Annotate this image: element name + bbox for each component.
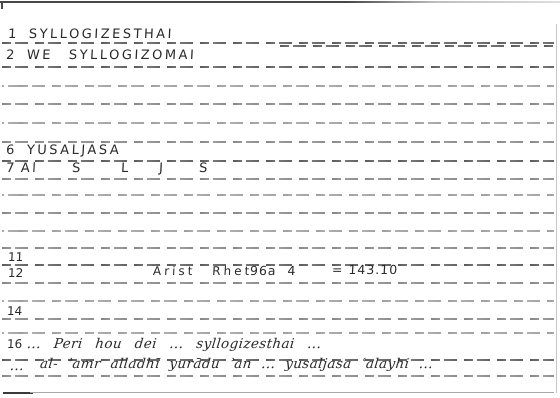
- entry-word: WE: [26, 48, 53, 63]
- ruled-line: [2, 194, 554, 196]
- root-letter: S: [72, 161, 84, 176]
- page-right-border: [556, 24, 557, 393]
- root-letter: L: [121, 161, 132, 176]
- ruled-line: [2, 230, 554, 232]
- entry-line-12: 12 Arist Rhet 96a 4 = 143.10: [0, 262, 560, 280]
- entry-line-1: 1SYLLOGIZESTHAI: [8, 27, 175, 42]
- citation-page-reference: = 143.10: [332, 262, 399, 277]
- ruled-line: [2, 42, 554, 44]
- line-number: 7: [6, 161, 18, 176]
- entry-line-7: 7Al S L J S: [0, 161, 560, 179]
- citation-locus: 96a 4: [250, 263, 297, 278]
- ruled-line: [2, 103, 554, 105]
- arabic-phrase-cursive: al- ʾamr alladhī yurādu ʾan ... yusaljas…: [39, 356, 434, 372]
- ruled-line: [2, 66, 554, 68]
- page-left-tick: [1, 1, 3, 9]
- line-number: 1: [8, 27, 20, 42]
- root-letter: S: [199, 161, 211, 176]
- leading-dots: ...: [9, 358, 25, 374]
- ruled-line: [2, 332, 554, 334]
- entry-line-2: 2WESYLLOGIZOMAI: [6, 48, 197, 63]
- citation-arist-rhet: Arist Rhet: [153, 264, 253, 278]
- ruled-line: [2, 318, 554, 320]
- ruled-line: [2, 85, 554, 87]
- ruled-line: [2, 300, 554, 302]
- greek-term-syllogizesthai: SYLLOGIZESTHAI: [28, 27, 174, 42]
- scanned-note-card: 1SYLLOGIZESTHAI 2WESYLLOGIZOMAI 6YUSALJA…: [0, 0, 560, 398]
- ruled-line: [2, 247, 554, 249]
- ruled-line: [280, 45, 554, 47]
- page-top-border: [0, 1, 560, 3]
- greek-term-syllogizomai: SYLLOGIZOMAI: [68, 48, 196, 63]
- entry-line-14: 14: [7, 304, 23, 318]
- line-number: 2: [6, 48, 18, 63]
- line-number: 12: [8, 266, 24, 280]
- page-bottom-border-dark: [3, 392, 33, 394]
- entry-prefix: Al: [20, 161, 38, 176]
- line-number: 6: [6, 143, 18, 158]
- greek-phrase-cursive: ... Peri hou dei ... syllogizesthai ...: [26, 336, 322, 352]
- ruled-line: [2, 375, 554, 377]
- line-number: 14: [7, 304, 23, 318]
- entry-line-6: 6YUSALJASA: [6, 143, 122, 158]
- ruled-line: [2, 282, 554, 284]
- page-bottom-border: [30, 392, 554, 393]
- arabic-term-yusaljasa: YUSALJASA: [26, 143, 121, 158]
- ruled-line: [2, 122, 554, 124]
- root-letter: J: [159, 161, 166, 176]
- line-number: 16: [7, 337, 23, 351]
- ruled-line: [2, 212, 554, 214]
